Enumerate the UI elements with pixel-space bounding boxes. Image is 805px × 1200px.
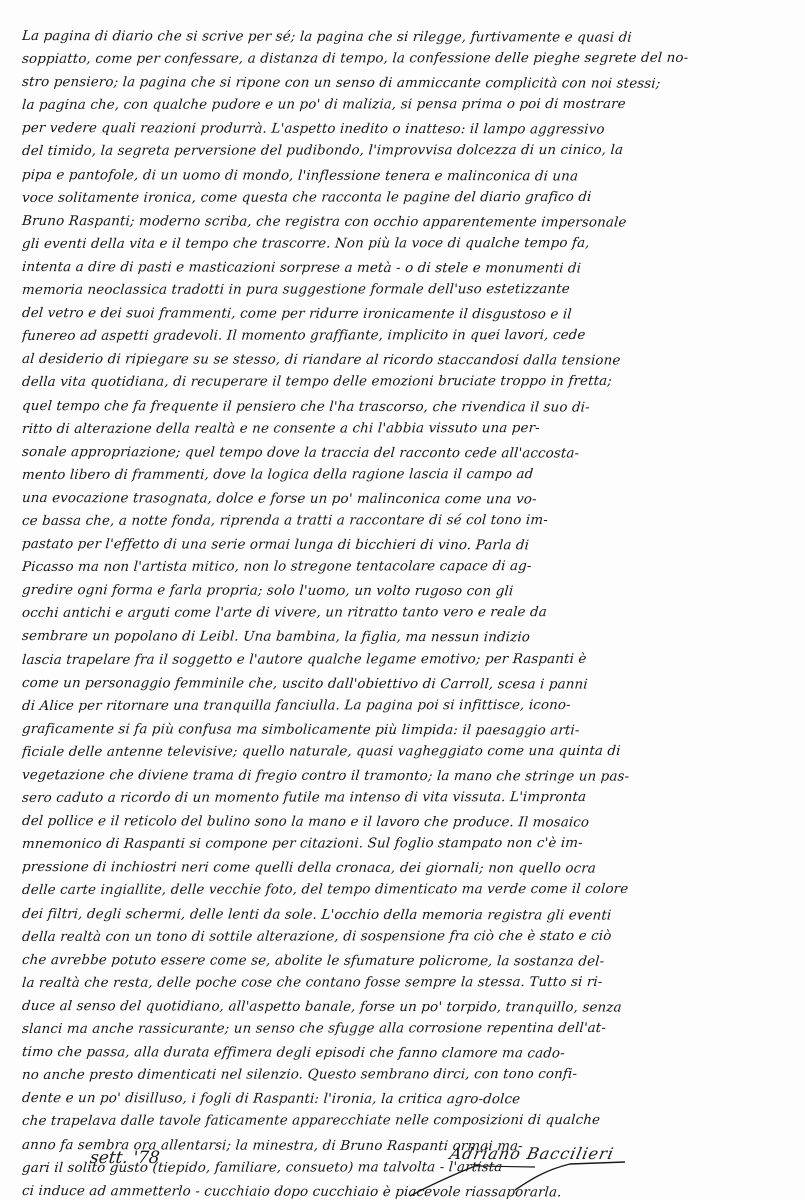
handwritten-line: mnemonico di Raspanti si compone per cit…	[21, 832, 793, 856]
handwritten-line: la realtà che resta, delle poche cose ch…	[21, 970, 793, 994]
handwritten-line: delle carte ingiallite, delle vecchie fo…	[21, 878, 793, 902]
handwritten-line: lascia trapelare fra il soggetto e l'aut…	[21, 647, 793, 671]
handwritten-line: mento libero di frammenti, dove la logic…	[21, 462, 793, 486]
handwritten-line: slanci ma anche rassicurante; un senso c…	[21, 1017, 793, 1041]
handwritten-line: che trapelava dalle tavole faticamente a…	[21, 1109, 793, 1133]
handwritten-line: ficiale delle antenne televisive; quello…	[21, 740, 793, 764]
signature: Adriano Baccilieri	[395, 1140, 695, 1200]
handwritten-line: funereo ad aspetti gradevoli. Il momento…	[21, 324, 793, 348]
signature-text: Adriano Baccilieri	[448, 1144, 616, 1163]
handwritten-line: sero caduto a ricordo di un momento futi…	[21, 786, 793, 810]
handwritten-line: quel tempo che fa frequente il pensiero …	[21, 395, 793, 420]
handwritten-line: sembrare un popolano di Leibl. Una bambi…	[21, 625, 793, 650]
handwritten-line: ce bassa che, a notte fonda, riprenda a …	[21, 509, 793, 533]
handwritten-line: gli eventi della vita e il tempo che tra…	[21, 231, 793, 255]
handwritten-line: Picasso ma non l'artista mitico, non lo …	[21, 555, 793, 579]
handwritten-line: occhi antichi e arguti come l'arte di vi…	[21, 601, 793, 625]
handwritten-line: della realtà con un tono di sottile alte…	[21, 924, 793, 948]
handwritten-line: memoria neoclassica tradotti in pura sug…	[21, 278, 793, 302]
handwritten-line: di Alice per ritornare una tranquilla fa…	[21, 693, 793, 717]
letter-date: sett. '78	[89, 1148, 161, 1168]
handwritten-line: ritto di alterazione della realtà e ne c…	[21, 416, 793, 440]
handwritten-line: no anche presto dimenticati nel silenzio…	[21, 1063, 793, 1087]
scanned-letter-page: La pagina di diario che si scrive per sé…	[0, 0, 805, 1200]
handwritten-line: soppiatto, come per confessare, a distan…	[21, 47, 793, 71]
letter-body: La pagina di diario che si scrive per sé…	[22, 25, 792, 1200]
handwritten-line: la pagina che, con qualche pudore e un p…	[21, 93, 793, 117]
handwritten-line: della vita quotidiana, di recuperare il …	[21, 370, 793, 394]
handwritten-line: del timido, la segreta perversione del p…	[21, 139, 793, 163]
handwritten-line: voce solitamente ironica, come questa ch…	[21, 185, 793, 209]
